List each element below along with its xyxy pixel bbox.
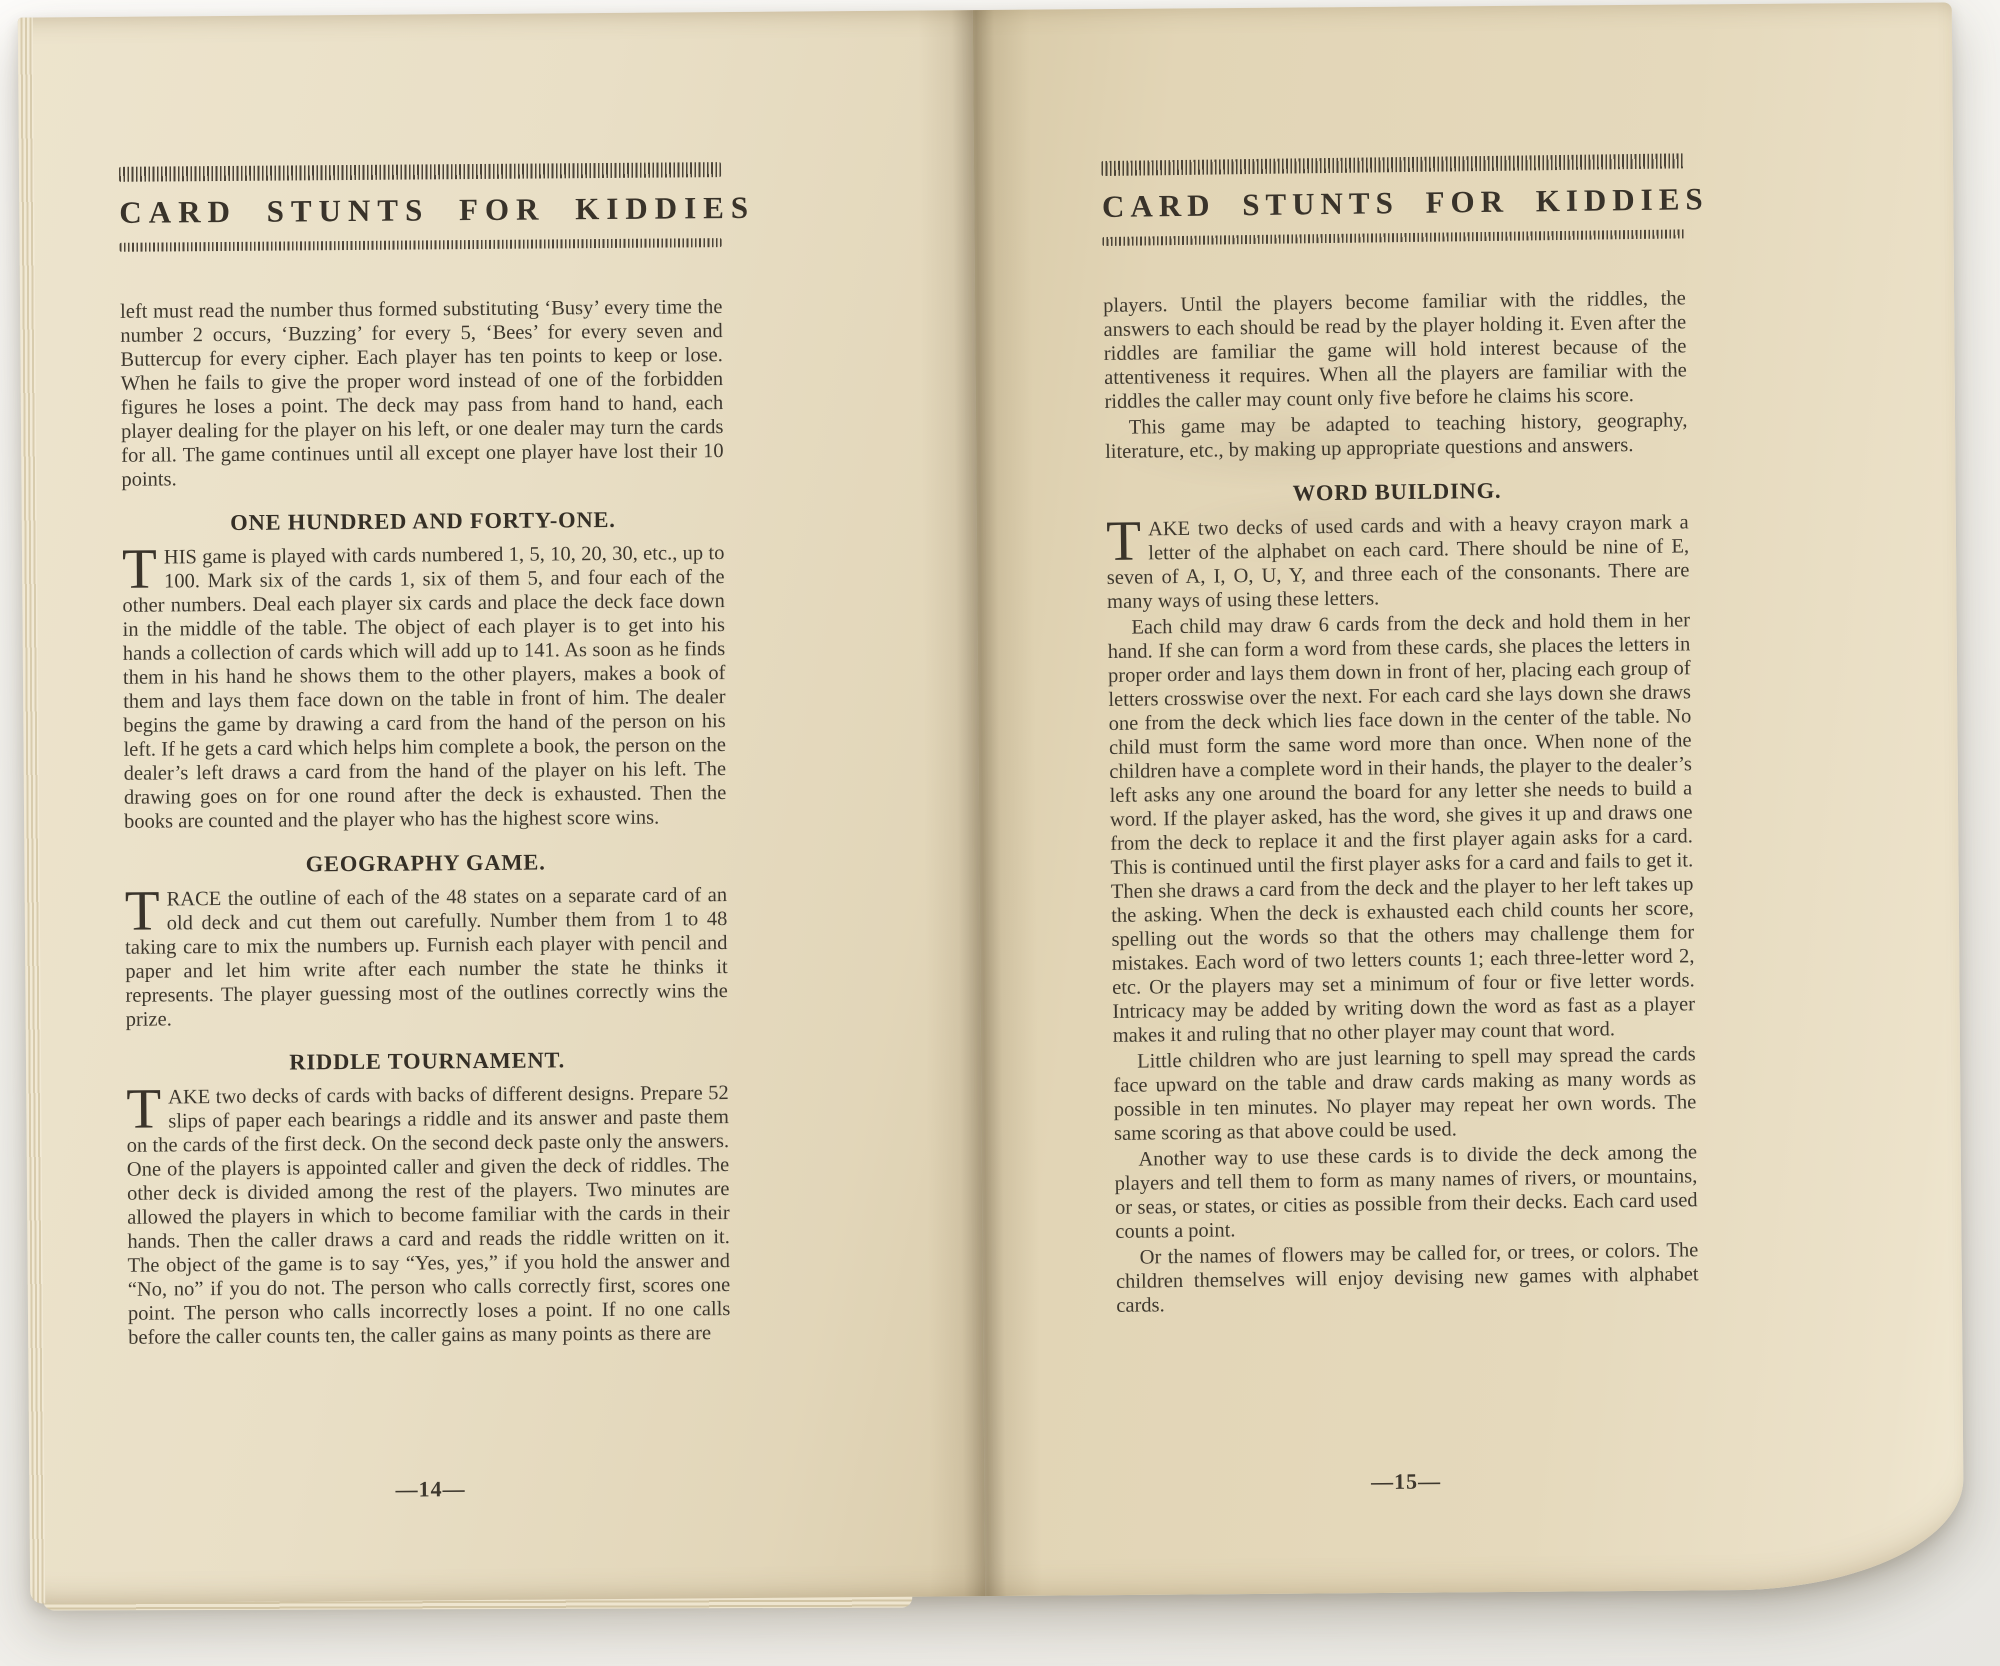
hatch-rule-top-right: [1102, 153, 1685, 176]
hatch-rule-bottom-right: [1103, 229, 1686, 246]
header-title-right: CARD STUNTS FOR KIDDIES: [1102, 181, 1685, 225]
drop-cap: T: [1106, 517, 1148, 563]
paragraph-text: AKE two decks of cards with backs of dif…: [127, 1082, 731, 1349]
page-left: CARD STUNTS FOR KIDDIES left must read t…: [18, 10, 986, 1603]
section-heading-word-building: WORD BUILDING.: [1106, 475, 1689, 509]
word-building-paragraph-2: Little children who are just learning to…: [1113, 1042, 1697, 1146]
section-heading-one-hundred-forty-one: ONE HUNDRED AND FORTY-ONE.: [122, 506, 725, 537]
page-number-right: —15—: [1115, 1466, 1698, 1497]
paragraph-text: HIS game is played with cards numbered 1…: [122, 542, 726, 833]
section-paragraph-riddle-tournament: TAKE two decks of cards with backs of di…: [126, 1081, 730, 1350]
section-heading-geography-game: GEOGRAPHY GAME.: [124, 848, 727, 879]
paragraph-text: RACE the outline of each of the 48 state…: [125, 884, 728, 1031]
page-right: CARD STUNTS FOR KIDDIES players. Until t…: [973, 2, 1964, 1596]
continuation-paragraph-right: players. Until the players become famili…: [1103, 286, 1687, 414]
booklet-spread: CARD STUNTS FOR KIDDIES left must read t…: [18, 2, 1964, 1603]
section-paragraph-word-building: TAKE two decks of used cards and with a …: [1106, 510, 1690, 614]
header-title-left: CARD STUNTS FOR KIDDIES: [119, 190, 722, 231]
running-head-right: CARD STUNTS FOR KIDDIES: [1102, 153, 1686, 246]
hatch-rule-top-left: [119, 162, 721, 182]
paragraph-text: AKE two decks of used cards and with a h…: [1107, 511, 1690, 613]
word-building-paragraph-4: Or the names of flowers may be called fo…: [1116, 1238, 1700, 1318]
section-heading-riddle-tournament: RIDDLE TOURNAMENT.: [126, 1046, 729, 1077]
page-left-content: CARD STUNTS FOR KIDDIES left must read t…: [18, 10, 984, 1350]
continuation-paragraph-left: left must read the number thus formed su…: [120, 295, 724, 492]
word-building-paragraph-1: Each child may draw 6 cards from the dec…: [1108, 608, 1696, 1048]
running-head-left: CARD STUNTS FOR KIDDIES: [119, 162, 722, 252]
drop-cap: T: [125, 887, 167, 932]
section-paragraph-one-hundred-forty-one: THIS game is played with cards numbered …: [122, 541, 727, 834]
photo-background: CARD STUNTS FOR KIDDIES left must read t…: [0, 0, 2000, 1666]
word-building-paragraph-3: Another way to use these cards is to div…: [1115, 1140, 1699, 1244]
adaptation-paragraph: This game may be adapted to teaching his…: [1105, 408, 1688, 464]
page-number-left: —14—: [129, 1474, 732, 1505]
section-paragraph-geography-game: TRACE the outline of each of the 48 stat…: [125, 883, 729, 1032]
drop-cap: T: [126, 1085, 168, 1130]
hatch-rule-bottom-left: [120, 238, 722, 252]
drop-cap: T: [122, 545, 164, 590]
page-right-content: CARD STUNTS FOR KIDDIES players. Until t…: [973, 2, 1964, 1319]
